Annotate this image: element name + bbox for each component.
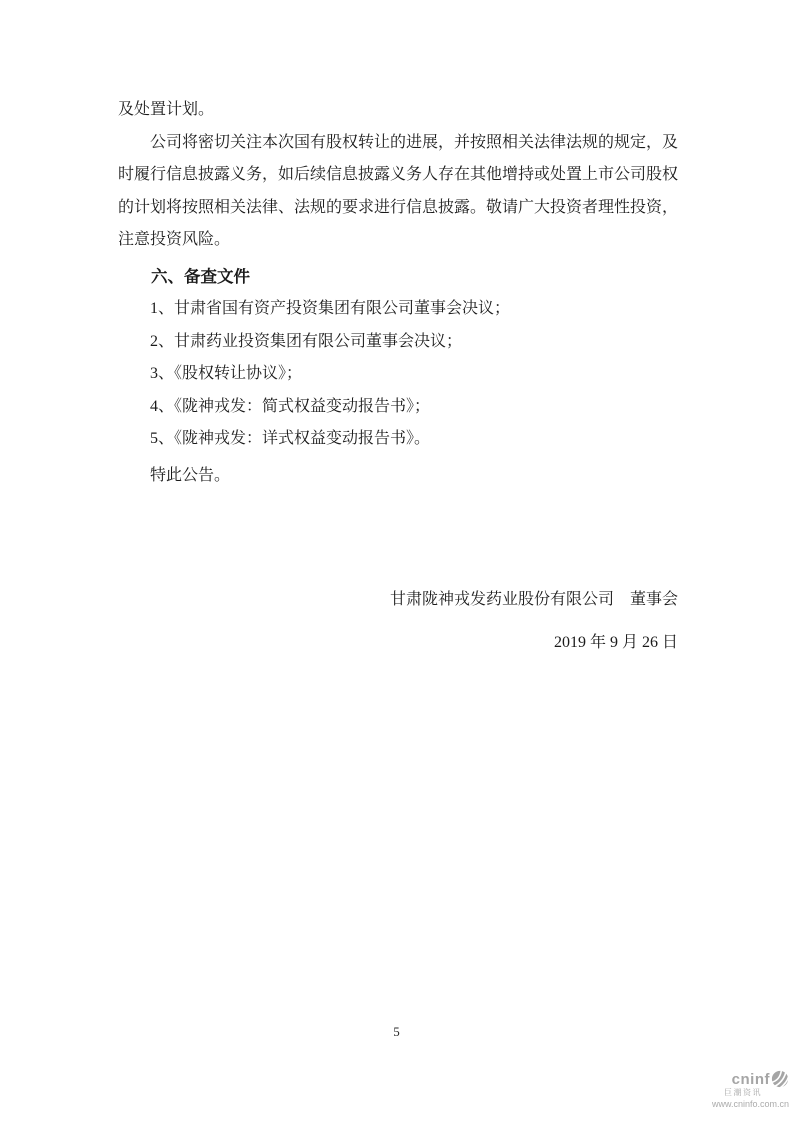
closing-statement: 特此公告。 bbox=[118, 460, 678, 493]
cninfo-logo-row: cninf bbox=[705, 1070, 789, 1088]
paragraph-continuation: 及处置计划。 bbox=[118, 94, 678, 127]
cninfo-swirl-icon bbox=[771, 1070, 789, 1088]
section-heading-reference-documents: 六、备查文件 bbox=[118, 261, 678, 294]
reference-doc-item-1: 1、甘肃省国有资产投资集团有限公司董事会决议； bbox=[118, 293, 678, 326]
cninfo-watermark: cninf 巨潮资讯 www.cninfo.com.cn bbox=[705, 1070, 789, 1109]
cninfo-logo-text: cninf bbox=[732, 1072, 770, 1087]
reference-doc-item-5: 5、《陇神戎发：详式权益变动报告书》。 bbox=[118, 423, 678, 456]
cninfo-chinese-name: 巨潮资讯 bbox=[705, 1089, 789, 1097]
signature-line: 甘肃陇神戎发药业股份有限公司 董事会 bbox=[118, 584, 678, 617]
signature-date: 2019 年 9 月 26 日 bbox=[118, 627, 678, 660]
cninfo-url: www.cninfo.com.cn bbox=[705, 1100, 789, 1109]
reference-doc-item-3: 3、《股权转让协议》； bbox=[118, 358, 678, 391]
reference-doc-item-2: 2、甘肃药业投资集团有限公司董事会决议； bbox=[118, 326, 678, 359]
page-number: 5 bbox=[0, 1024, 793, 1040]
document-body: 及处置计划。 公司将密切关注本次国有股权转让的进展，并按照相关法律法规的规定，及… bbox=[118, 94, 678, 659]
reference-doc-item-4: 4、《陇神戎发：简式权益变动报告书》； bbox=[118, 391, 678, 424]
document-page: 及处置计划。 公司将密切关注本次国有股权转让的进展，并按照相关法律法规的规定，及… bbox=[0, 0, 793, 1122]
paragraph-disclosure: 公司将密切关注本次国有股权转让的进展，并按照相关法律法规的规定，及时履行信息披露… bbox=[118, 127, 678, 257]
